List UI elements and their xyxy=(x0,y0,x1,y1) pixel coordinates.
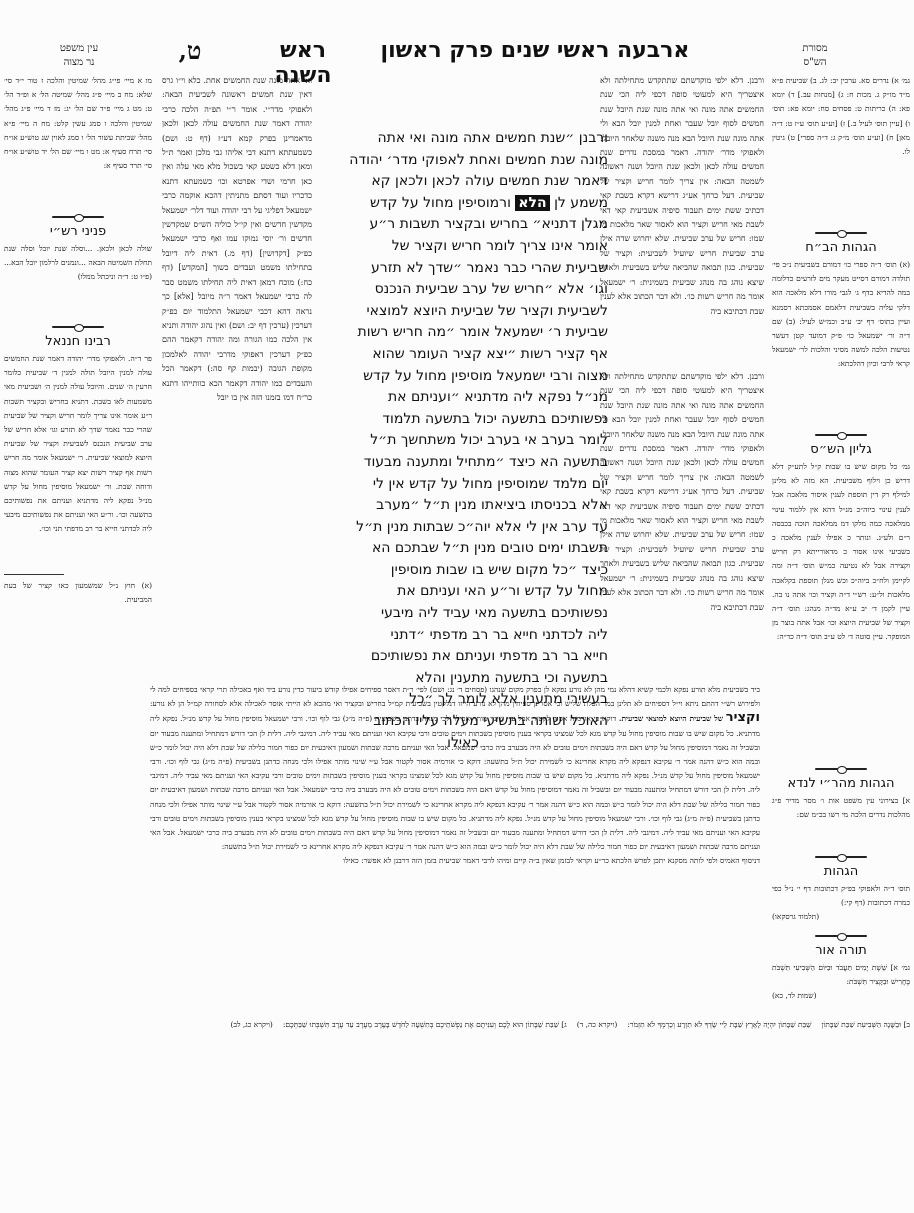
dibbur-hamatchil-rest: של שביעית היוצא למוצאי שביעית. xyxy=(619,714,723,723)
gemara-line: וגו׳ אלא ״חריש של ערב שביעית הנכנס xyxy=(318,279,608,301)
hagahot-text: תוס׳ ד״ה ולאפוקי בפ״ק דכתובות דף י׳ נ״ל … xyxy=(772,882,910,910)
rabbeinu-chananel-text: פר ד״ה. ולאפוקי מדר׳ יהודה דאמר שנת החמש… xyxy=(4,352,152,566)
gemara-line: שביעית שהרי כבר נאמר ״שדך לא תזרע xyxy=(318,258,608,280)
divider-ornament xyxy=(772,931,910,941)
gemara-line: יום מלמד שמוסיפין מחול על קדש אין לי xyxy=(318,474,608,496)
ein-mishpat-text: מו א מיי׳ פי״ג מהל׳ שמיטין והלכה ז טור י… xyxy=(4,74,152,212)
gemara-line: מנ״ל נפקא ליה מדתניא ״ועניתם את xyxy=(318,387,608,409)
gemara-line: בתשעה הא כיצד ״מתחיל ומתענה מבעוד xyxy=(318,452,608,474)
gemara-span: ורמוסיפין מחול על קדש xyxy=(370,195,511,211)
gemara-line: מחול על קדש ור״ע האי ועניתם את xyxy=(318,581,608,603)
torah-or-text: גמ׳ א] שֵׁשֶׁת יָמִים תַּעֲבֹד וּבַיּוֹם… xyxy=(772,961,910,989)
masoret-text: גמ׳ א) נדרים סא. ערכין יב: לג. ב) שביעית… xyxy=(772,74,910,228)
divider-ornament xyxy=(772,228,910,238)
gemara-line: משמע לן הלא ורמוסיפין מחול על קדש xyxy=(318,193,608,215)
tosafot-tail: דניסוף האמיס ולפי לותה מסקנא יתכן לפרש ה… xyxy=(150,854,760,868)
highlighted-word[interactable]: הלא xyxy=(515,195,549,211)
gemara-line: כיצד ״כל מקום שיש בו שבות מוסיפין xyxy=(318,560,608,582)
pninei-rashi-text: שולה לכאן ולכאן. ...וסלה שנת יובל וסלה ש… xyxy=(4,242,152,314)
divider-ornament xyxy=(772,430,910,440)
gilyon-text: גמ׳ כל מקום שיש בו שבות ק״ל לתע״ק דלא דר… xyxy=(772,460,910,764)
hagahot-title: הגהות xyxy=(772,862,910,882)
gemara-line: חייא בר רב מדפתי ועניתם את נפשותיכם xyxy=(318,646,608,668)
gemara-line: מונה שנת חמשים ואחת לאפוקי מדר׳ יהודה xyxy=(318,150,608,172)
verse-left-ref: (ויקרא כה, ד) xyxy=(577,1018,618,1032)
header-label: מסורת xyxy=(780,42,850,56)
gemara-line: ורבנן ״שנת חמשים אתה מונה ואי אתה xyxy=(318,128,608,150)
gemara-text: ורבנן ״שנת חמשים אתה מונה ואי אתה מונה ש… xyxy=(318,128,608,754)
gemara-line: אלא בכניסתו ביציאתו מנין ת״ל ״מערב xyxy=(318,495,608,517)
divider-ornament xyxy=(772,852,910,862)
footnote-rule xyxy=(4,574,64,575)
maharal-text: א] בצירוני עין משפט אות ו׳ מסר מדיר פ״ג … xyxy=(772,794,910,852)
gemara-line: לשביעית וקציר של שביעית היוצא למוצאי xyxy=(318,301,608,323)
gemara-line: תשבתו ימים טובים מנין ת״ל שבתכם הא xyxy=(318,538,608,560)
ein-mishpat-header: עין משפט נר מצוה xyxy=(44,42,114,70)
rashi-continuation: ורבנן. דלא ילפי מוקדשתם שתתקדש מתחילתה ו… xyxy=(600,370,764,660)
header-label: הש"ס xyxy=(780,56,850,70)
footnote: (א) חוץ נ״ל שמשמעון כאו קציר של בעת המבי… xyxy=(4,579,152,607)
gemara-span: משמע לן xyxy=(554,195,608,211)
pninei-rashi-title: פניני רש״י xyxy=(4,222,152,242)
divider-ornament xyxy=(4,212,152,222)
gemara-line: דאמר שנת חמשים עולה לכאן ולכאן קא xyxy=(318,171,608,193)
verse-left: שַׁבַּת שַׁבָּתוֹן יִהְיֶה לָאָרֶץ שַׁבָ… xyxy=(627,1018,811,1032)
verse-b: ב] וּבַשָּׁנָה הַשְּׁבִיעִת שַׁבַּת שַׁב… xyxy=(821,1018,910,1032)
gemara-line: עד ערב אין לי אלא יוה״כ שבתות מנין ת״ל xyxy=(318,517,608,539)
gemara-line: ליה לכדתני חייא בר רב מדפתי ״דתני xyxy=(318,625,608,647)
dibbur-hamatchil: וקציר xyxy=(726,710,760,725)
bottom-verses: ב] וּבַשָּׁנָה הַשְּׁבִיעִת שַׁבַּת שַׁב… xyxy=(150,1018,910,1032)
verse-right-ref: (ויקרא כג, לב) xyxy=(230,1018,272,1032)
tosafot-text: ביד בשביעית מלא תורע נפקא ולכמי קשיא דהל… xyxy=(150,685,760,708)
torah-or-title: תורה אור xyxy=(772,941,910,961)
gemara-line: אומר אינו צריך לומר חריש וקציר של xyxy=(318,236,608,258)
divider-ornament xyxy=(772,764,910,774)
chapter-title: ארבעה ראשי שנים פרק ראשון xyxy=(380,38,690,63)
tosafot-bottom: ביד בשביעית מלא תורע נפקא ולכמי קשיא דהל… xyxy=(150,683,760,1013)
bach-text: (א) תוס׳ ד״ה ספרי כו׳ דמורם בשביעית נ״ב … xyxy=(772,258,910,430)
torah-or-ref: (שמות לד, כא) xyxy=(772,989,910,1003)
header-label: נר מצוה xyxy=(44,56,114,70)
maharal-title: הגהות מהר״י לנדא xyxy=(786,774,896,794)
header-label: עין משפט xyxy=(44,42,114,56)
gemara-line: לומר בערב אי בערב יכול משתחשך ת״ל xyxy=(318,430,608,452)
tosafot-commentary: ואי אתה מונה שנת החמשים אחת. כלא וי״ו גר… xyxy=(162,74,312,674)
folio-number: ט, xyxy=(170,36,210,66)
gemara-line: נפשותיכם בתשעה יכול בתשעה תלמוד xyxy=(318,409,608,431)
rabbeinu-chananel-title: רבינו חננאל xyxy=(4,332,152,352)
divider-ornament xyxy=(4,322,152,332)
gemara-line: מצוה ורבי ישמעאל מוסיפין מחול על קדש xyxy=(318,366,608,388)
gemara-line: אף קציר רשות ״יצא קציר העומר שהוא xyxy=(318,344,608,366)
masoret-hashas-header: מסורת הש"ס xyxy=(780,42,850,70)
left-margin: מו א מיי׳ פי״ג מהל׳ שמיטין והלכה ז טור י… xyxy=(4,74,152,607)
verse-right: ג] שַׁבַּת שַׁבָּתוֹן הוּא לָכֶם וְעִנִּ… xyxy=(283,1018,567,1032)
rashi-commentary: ורבנן. דלא ילפי מוקדשתם שתתקדש מתחילתה ו… xyxy=(600,74,764,368)
right-margin: גמ׳ א) נדרים סא. ערכין יב: לג. ב) שביעית… xyxy=(772,74,910,1003)
bach-title: הגהות הב״ח xyxy=(772,238,910,258)
hagahot-sign: (תלמוד גרסקאו) xyxy=(772,910,910,924)
gemara-line: שביעית ר׳ ישמעאל אומר ״מה חריש רשות xyxy=(318,322,608,344)
gemara-line: נפשותיכם בתשעה מאי עביד ליה מיבעי xyxy=(318,603,608,625)
gilyon-title: גליון הש״ס xyxy=(772,440,910,460)
gemara-line: מגלן דתניא״ בחריש ובקציר תשבות ר״ע xyxy=(318,214,608,236)
